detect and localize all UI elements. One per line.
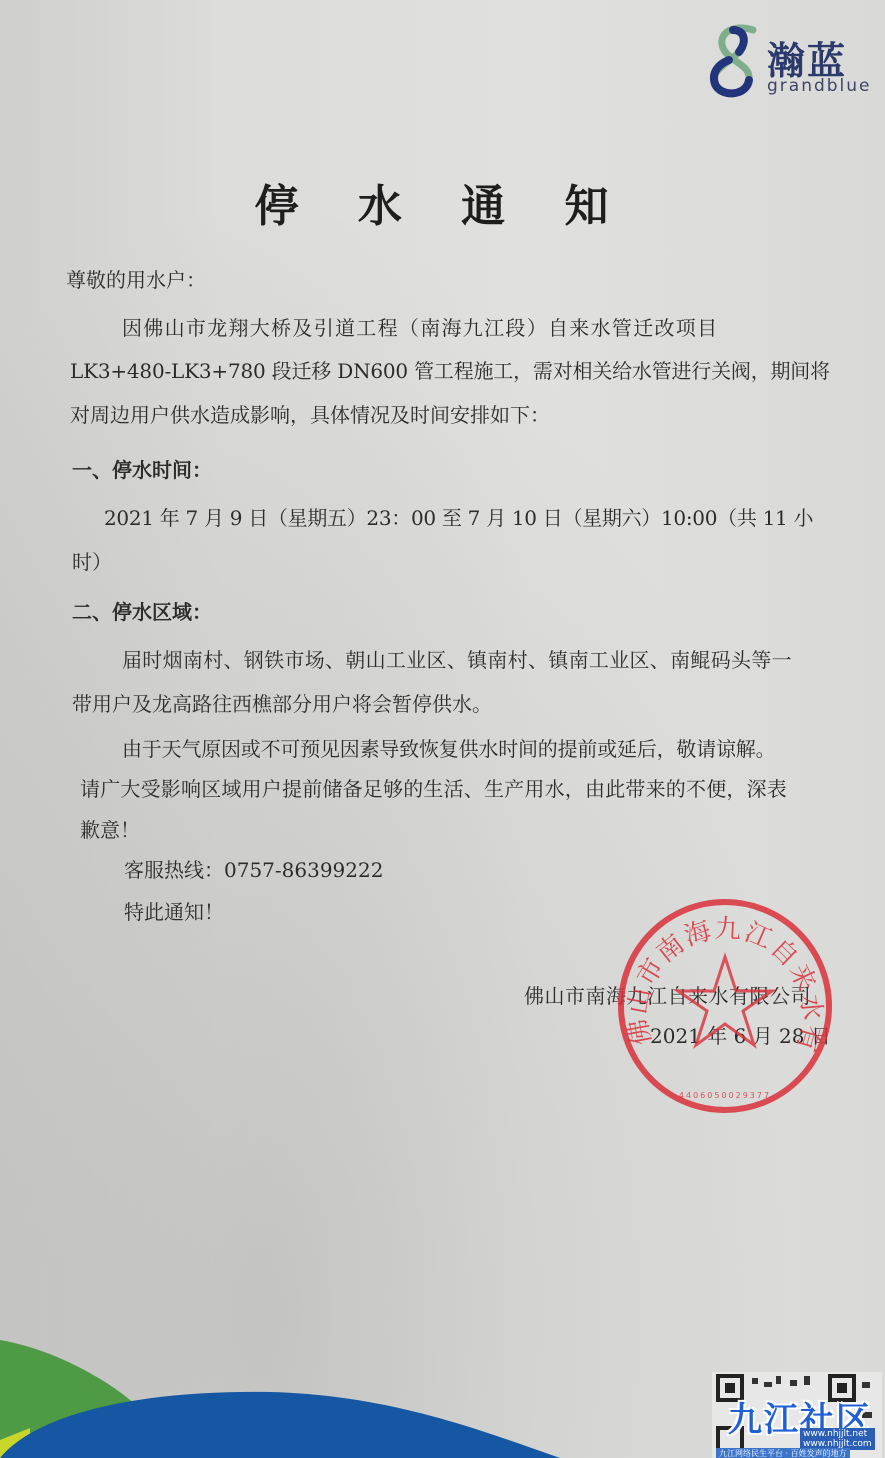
apology-line-3: 歉意！: [80, 818, 140, 842]
logo-eight-mark-icon: [705, 22, 765, 102]
intro-line-2: LK3+480-LK3+780 段迁移 DN600 管工程施工，需对相关给水管进…: [70, 359, 830, 383]
section-heading-area: 二、停水区域：: [72, 600, 212, 624]
outage-time-line-2: 时）: [72, 550, 112, 574]
outage-time-line-1: 2021 年 7 月 9 日（星期五）23：00 至 7 月 10 日（星期六）…: [104, 506, 813, 530]
apology-line-2: 请广大受影响区域用户提前储备足够的生活、生产用水，由此带来的不便，深表: [80, 777, 787, 801]
customer-hotline: 客服热线：0757-86399222: [124, 858, 383, 882]
closing-text: 特此通知！: [124, 900, 224, 924]
svg-text:4406050029377: 4406050029377: [679, 1091, 771, 1100]
grandblue-logo: 瀚蓝 grandblue: [705, 18, 885, 98]
outage-area-line-2: 带用户及龙高路往西樵部分用户将会暂停供水。: [72, 692, 492, 716]
intro-line-1: 因佛山市龙翔大桥及引道工程（南海九江段）自来水管迁改项目: [122, 316, 718, 340]
logo-name-en: grandblue: [767, 76, 872, 96]
watermark-urls: www.nhjjlt.net www.nhjjlt.com: [800, 1428, 875, 1450]
salutation: 尊敬的用水户：: [66, 268, 206, 292]
apology-line-1: 由于天气原因或不可预见因素导致恢复供水时间的提前或延后，敬请谅解。: [122, 737, 775, 761]
watermark-tagline: 九江网络民生平台 · 百姓发声的地方: [716, 1448, 850, 1458]
watermark-url-1: www.nhjjlt.net: [803, 1429, 872, 1439]
outage-area-line-1: 届时烟南村、钢铁市场、朝山工业区、镇南村、镇南工业区、南鲲码头等一: [122, 648, 792, 672]
intro-line-3: 对周边用户供水造成影响，具体情况及时间安排如下：: [70, 403, 550, 427]
section-heading-time: 一、停水时间：: [72, 458, 212, 482]
notice-title: 停 水 通 知: [0, 170, 885, 234]
official-seal-stamp-icon: 佛山市南海九江自来水有限公司 4406050029377: [612, 893, 838, 1119]
